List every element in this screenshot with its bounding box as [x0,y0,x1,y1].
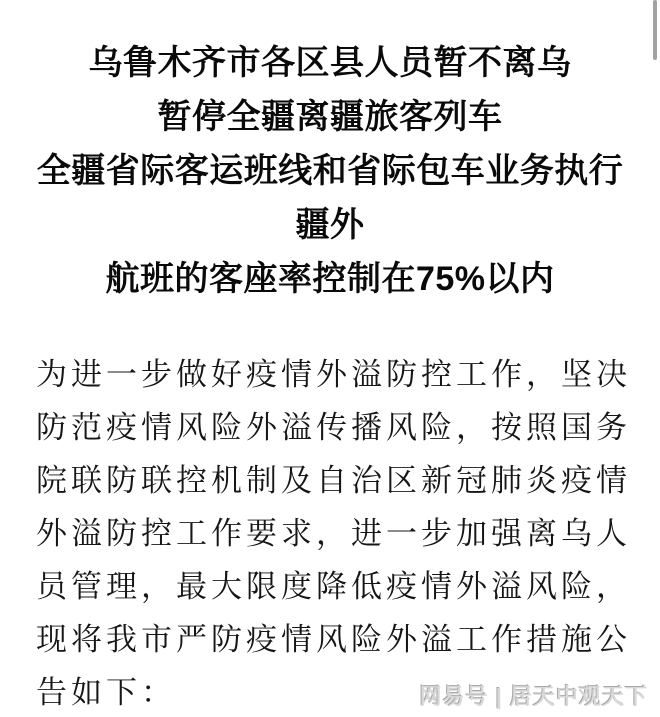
body-line: 院联防联控机制及自治区新冠肺炎疫情 [36,463,631,498]
article-page: 乌鲁木齐市各区县人员暂不离乌 暂停全疆离疆旅客列车 全疆省际客运班线和省际包车业… [0,0,660,717]
article-title: 乌鲁木齐市各区县人员暂不离乌 暂停全疆离疆旅客列车 全疆省际客运班线和省际包车业… [0,0,660,306]
title-line-5: 航班的客座率控制在75%以内 [0,252,660,306]
body-line: 告如下： [36,675,176,710]
title-line-1: 乌鲁木齐市各区县人员暂不离乌 [0,36,660,90]
body-line: 防范疫情风险外溢传播风险，按照国务 [36,410,631,445]
title-line-3: 全疆省际客运班线和省际包车业务执行 [0,144,660,198]
scrollbar-thumb[interactable] [653,0,657,60]
body-line: 现将我市严防疫情风险外溢工作措施公 [36,622,631,657]
title-line-2: 暂停全疆离疆旅客列车 [0,90,660,144]
body-line: 为进一步做好疫情外溢防控工作，坚决 [36,357,631,392]
body-line: 外溢防控工作要求，进一步加强离乌人 [36,516,631,551]
watermark-netease: 网易号 | 居天中观天下 [420,680,648,711]
body-line: 员管理，最大限度降低疫情外溢风险， [36,569,631,604]
article-body: 为进一步做好疫情外溢防控工作，坚决 防范疫情风险外溢传播风险，按照国务 院联防联… [0,348,660,717]
title-line-4: 疆外 [0,198,660,252]
